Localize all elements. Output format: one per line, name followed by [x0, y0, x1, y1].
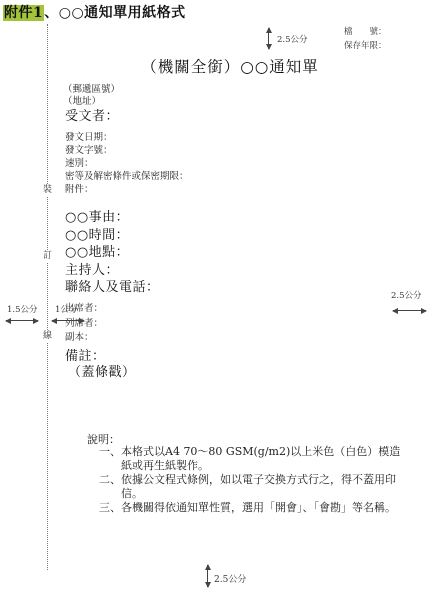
binding-char-xian: 線 — [41, 331, 54, 342]
chair-line: 主持人： — [65, 262, 160, 280]
doc-number-line: 發文字號： — [65, 144, 189, 157]
binding-line — [47, 24, 48, 570]
note-2-text: 依據公文程式條例，如以電子交換方式行之，得不蓋用印信。 — [121, 473, 396, 500]
right-margin-label: 2.5公分 — [391, 289, 422, 301]
contact-line: 聯絡人及電話： — [65, 279, 160, 297]
left-outer-margin-label: 1.5公分 — [7, 303, 38, 315]
note-2-number: 二、 — [99, 473, 121, 486]
speed-line: 速別： — [65, 157, 189, 170]
stamp-line: （蓋條戳） — [68, 361, 136, 380]
note-1-text: 本格式以A4 70〜80 GSM(g/m2)以上米色（白色）模造紙或再生紙製作。 — [121, 445, 400, 472]
body-lines: ○○事由： ○○時間： ○○地點： 主持人： 聯絡人及電話： — [65, 209, 160, 297]
left-inner-margin-arrow — [52, 320, 84, 321]
subject-line: ○○事由： — [65, 209, 160, 227]
note-1-number: 一、 — [99, 445, 121, 458]
security-line: 密等及解密條件或保密期限： — [65, 170, 189, 183]
bottom-margin-arrow — [207, 565, 208, 587]
meta-lines: 發文日期： 發文字號： 速別： 密等及解密條件或保密期限： 附件： — [65, 131, 189, 196]
attachment-line: 附件： — [65, 183, 189, 196]
time-line: ○○時間： — [65, 227, 160, 245]
left-outer-margin-arrow — [6, 320, 38, 321]
notes-list: 一、本格式以A4 70〜80 GSM(g/m2)以上米色（白色）模造紙或再生紙製… — [99, 445, 402, 515]
note-item-2: 二、依據公文程式條例，如以電子交換方式行之，得不蓋用印信。 — [99, 473, 402, 501]
note-item-3: 三、各機關得依通知單性質，選用「開會」、「會勘」等名稱。 — [99, 501, 402, 515]
form-title: （機關全銜）○○通知單 — [60, 55, 400, 77]
issue-date-line: 發文日期： — [65, 131, 189, 144]
attachment-number-label: 附件1 — [3, 5, 44, 21]
file-number-label: 檔 號： — [344, 25, 387, 37]
document-page: 附件1、○○通知單用紙格式 裝 訂 線 2.5公分 檔 號： 保存年限： （機關… — [0, 0, 440, 610]
copy-line: 副本： — [65, 331, 103, 346]
page-title: 附件1、○○通知單用紙格式 — [3, 2, 186, 22]
note-3-text: 各機關得依通知單性質，選用「開會」、「會勘」等名稱。 — [121, 501, 396, 514]
right-margin-arrow — [393, 310, 426, 311]
place-line: ○○地點： — [65, 244, 160, 262]
retention-label: 保存年限： — [344, 39, 387, 51]
recipient-line: 受文者： — [65, 105, 119, 124]
binding-char-ding: 訂 — [41, 251, 54, 262]
left-inner-margin-label: 1公分 — [55, 303, 77, 315]
top-margin-label: 2.5公分 — [277, 33, 308, 45]
binding-char-zhuang: 裝 — [41, 185, 54, 196]
bottom-margin-label: 2.5公分 — [214, 572, 246, 585]
note-3-number: 三、 — [99, 501, 121, 514]
note-item-1: 一、本格式以A4 70〜80 GSM(g/m2)以上米色（白色）模造紙或再生紙製… — [99, 445, 402, 473]
top-margin-arrow — [268, 28, 269, 49]
page-title-text: 、○○通知單用紙格式 — [44, 5, 185, 21]
